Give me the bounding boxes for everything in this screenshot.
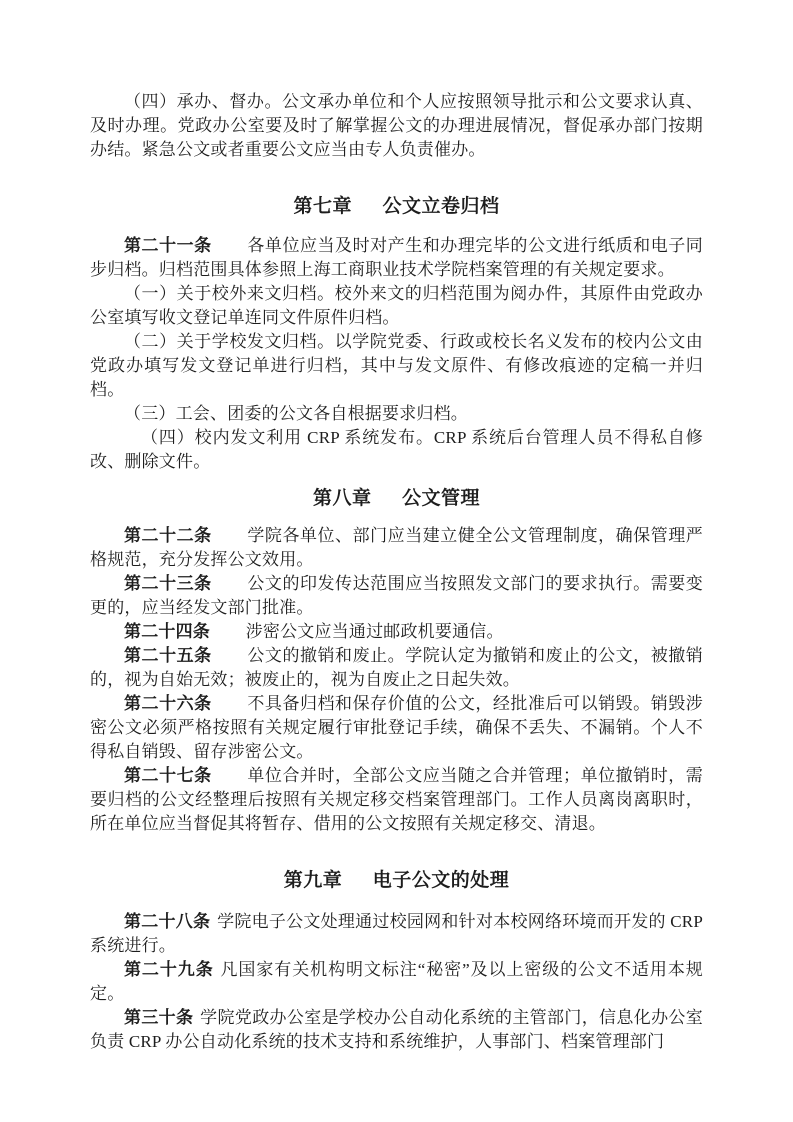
paragraph: （二）关于学校发文归档。以学院党委、行政或校长名义发布的校内公文由党政办填写发文… (90, 330, 703, 402)
article-number: 第二十四条 (124, 622, 210, 641)
paragraph: 第三十条学院党政办公室是学校办公自动化系统的主管部门，信息化办公室负责 CRP … (90, 1006, 703, 1054)
article-number: 第三十条 (124, 1008, 193, 1027)
paragraph-text: 涉密公文应当通过邮政机要通信。 (246, 622, 504, 641)
chapter-heading: 第九章电子公文的处理 (90, 866, 703, 896)
paragraph-text: （二）关于学校发文归档。以学院党委、行政或校长名义发布的校内公文由党政办填写发文… (90, 332, 703, 399)
article-number: 第二十八条 (124, 912, 210, 931)
paragraph: 第二十二条学院各单位、部门应当建立健全公文管理制度，确保管理严格规范，充分发挥公… (90, 524, 703, 572)
paragraph: 第二十七条单位合并时，全部公文应当随之合并管理；单位撤销时，需要归档的公文经整理… (90, 764, 703, 836)
paragraph: （四）校内发文利用 CRP 系统发布。CRP 系统后台管理人员不得私自修改、删除… (90, 426, 703, 474)
paragraph: 第二十一条各单位应当及时对产生和办理完毕的公文进行纸质和电子同步归档。归档范围具… (90, 234, 703, 282)
chapter-number: 第七章 (294, 196, 353, 217)
chapter-number: 第九章 (284, 870, 343, 891)
paragraph: （四）承办、督办。公文承办单位和个人应按照领导批示和公文要求认真、及时办理。党政… (90, 90, 703, 162)
paragraph: （三）工会、团委的公文各自根据要求归档。 (90, 402, 703, 426)
chapter-title: 电子公文的处理 (373, 870, 510, 891)
paragraph-text: （四）校内发文利用 CRP 系统发布。CRP 系统后台管理人员不得私自修改、删除… (90, 428, 703, 471)
article-number: 第二十五条 (124, 646, 212, 665)
article-number: 第二十二条 (124, 526, 212, 545)
chapter-heading: 第七章公文立卷归档 (90, 192, 703, 222)
paragraph-text: （四）承办、督办。公文承办单位和个人应按照领导批示和公文要求认真、及时办理。党政… (90, 92, 703, 159)
paragraph: 第二十四条涉密公文应当通过邮政机要通信。 (90, 620, 703, 644)
article-number: 第二十三条 (124, 574, 212, 593)
paragraph: 第二十八条学院电子公文处理通过校园网和针对本校网络环境而开发的 CRP 系统进行… (90, 910, 703, 958)
paragraph-text: （一）关于校外来文归档。校外来文的归档范围为阅办件，其原件由党政办公室填写收文登… (90, 284, 703, 327)
article-number: 第二十一条 (124, 236, 212, 255)
paragraph: 第二十六条不具备归档和保存价值的公文，经批准后可以销毁。销毁涉密公文必须严格按照… (90, 692, 703, 764)
article-number: 第二十六条 (124, 694, 212, 713)
article-number: 第二十七条 (124, 766, 212, 785)
paragraph-text: （三）工会、团委的公文各自根据要求归档。 (124, 404, 468, 423)
chapter-title: 公文立卷归档 (382, 196, 499, 217)
paragraph: 第二十九条凡国家有关机构明文标注“秘密”及以上密级的公文不适用本规定。 (90, 958, 703, 1006)
paragraph: （一）关于校外来文归档。校外来文的归档范围为阅办件，其原件由党政办公室填写收文登… (90, 282, 703, 330)
paragraph: 第二十五条公文的撤销和废止。学院认定为撤销和废止的公文，被撤销的，视为自始无效；… (90, 644, 703, 692)
paragraph: 第二十三条公文的印发传达范围应当按照发文部门的要求执行。需要变更的，应当经发文部… (90, 572, 703, 620)
chapter-title: 公文管理 (402, 488, 480, 509)
document-page: （四）承办、督办。公文承办单位和个人应按照领导批示和公文要求认真、及时办理。党政… (0, 0, 793, 1122)
article-number: 第二十九条 (124, 960, 214, 979)
chapter-heading: 第八章公文管理 (90, 484, 703, 514)
document-body: （四）承办、督办。公文承办单位和个人应按照领导批示和公文要求认真、及时办理。党政… (90, 90, 703, 1054)
chapter-number: 第八章 (313, 488, 372, 509)
